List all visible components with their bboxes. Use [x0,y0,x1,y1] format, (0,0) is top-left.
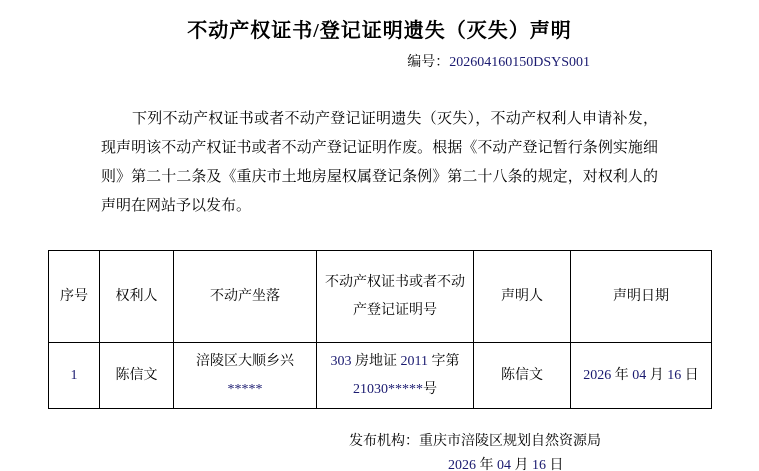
col-header-date: 声明日期 [571,251,712,343]
issuing-authority: 发布机构：重庆市涪陵区规划自然资源局 [349,434,759,449]
cell-declarant: 陈信文 [474,343,571,409]
col-header-cert-no: 不动产权证书或者不动 产登记证明号 [317,251,474,343]
col-header-seq: 序号 [49,251,100,343]
document-number-line: 编号：202604160150DSYS001 [0,55,759,71]
col-header-declarant: 声明人 [474,251,571,343]
cell-date: 2026 年 04 月 16 日 [571,343,712,409]
document-title: 不动产权证书/登记证明遗失（灭失）声明 [0,14,759,43]
table-row: 1 陈信文 涪陵区大顺乡兴 ***** 303 房地证 2011 字第 2103… [49,343,712,409]
table-header-row: 序号 权利人 不动产坐落 不动产权证书或者不动 产登记证明号 声明人 声明日期 [49,251,712,343]
cell-location: 涪陵区大顺乡兴 ***** [174,343,317,409]
cell-seq: 1 [49,343,100,409]
declaration-paragraph: 下列不动产权证书或者不动产登记证明遗失（灭失），不动产权利人申请补发，现声明该不… [101,105,658,221]
issue-date: 2026 年 04 月 16 日 [448,458,759,471]
cell-cert-no: 303 房地证 2011 字第 21030*****号 [317,343,474,409]
cell-holder: 陈信文 [100,343,174,409]
document-number-label: 编号： [407,55,449,70]
col-header-holder: 权利人 [100,251,174,343]
document-number-value: 202604160150DSYS001 [449,55,590,70]
loss-declaration-table: 序号 权利人 不动产坐落 不动产权证书或者不动 产登记证明号 声明人 声明日期 … [48,250,712,409]
col-header-location: 不动产坐落 [174,251,317,343]
